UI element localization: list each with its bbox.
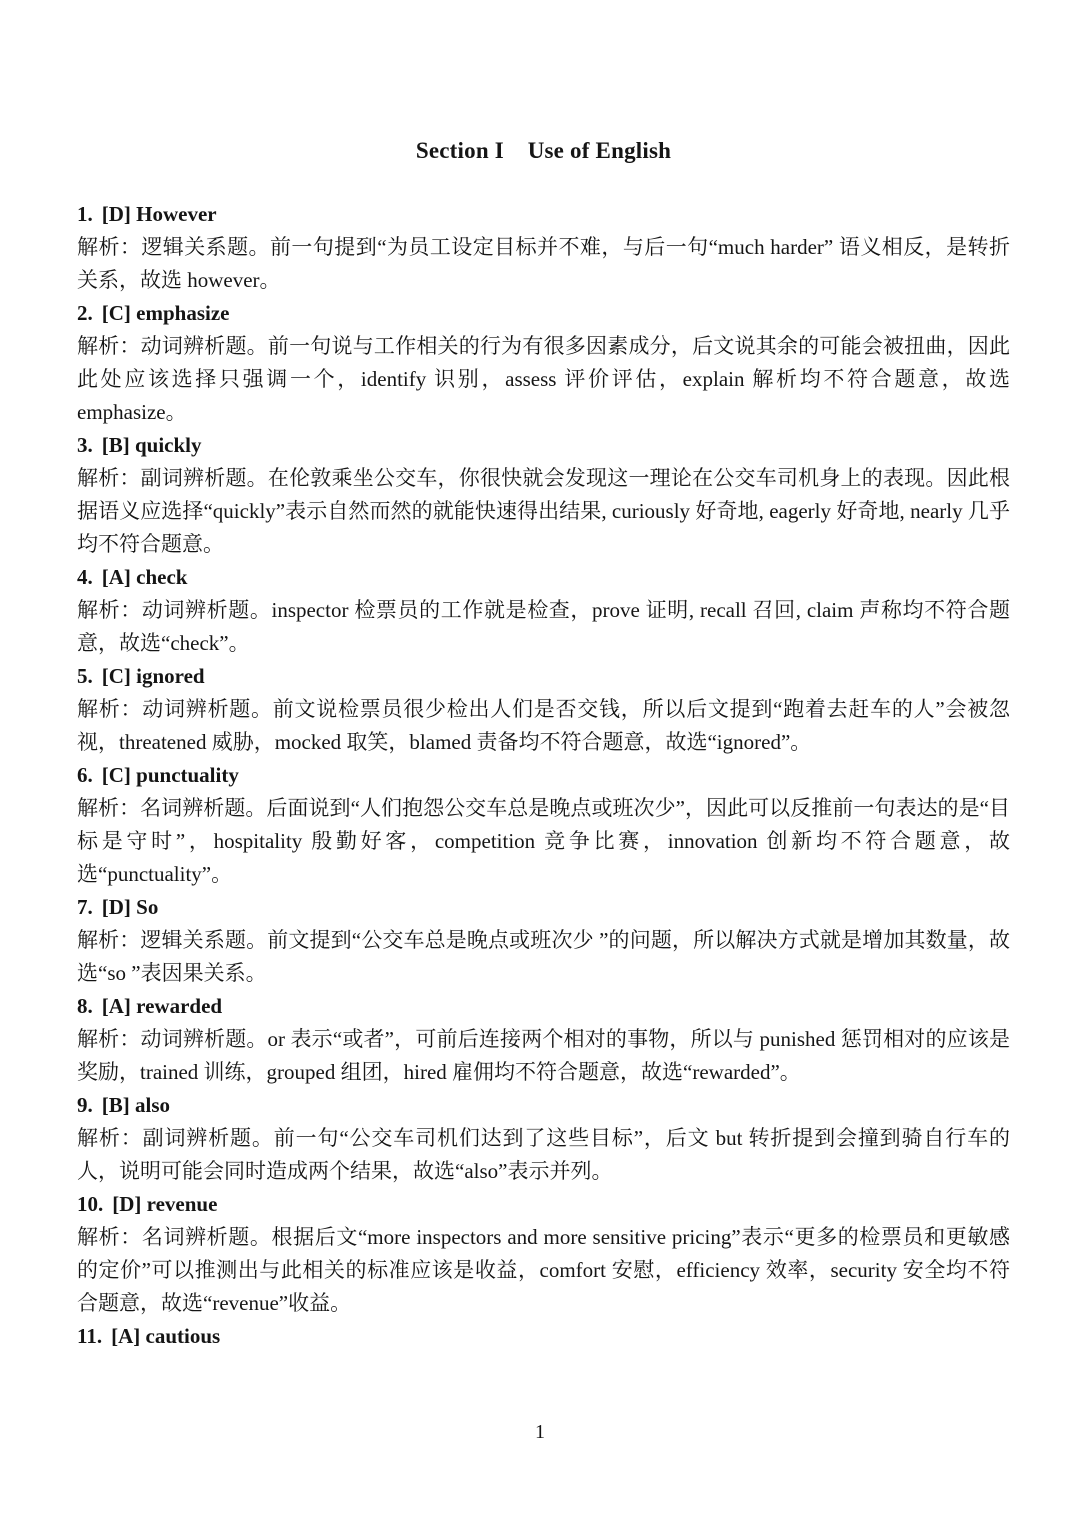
answer-heading: 7.[D] So <box>77 891 1010 924</box>
answer-heading: 8.[A] rewarded <box>77 990 1010 1023</box>
answer-heading: 9.[B] also <box>77 1089 1010 1122</box>
answer-list: 1.[D] However 解析：逻辑关系题。前一句提到“为员工设定目标并不难，… <box>77 198 1010 1353</box>
answer-number: 7. <box>77 895 93 919</box>
answer-number: 9. <box>77 1093 93 1117</box>
answer-label: [D] revenue <box>112 1192 217 1216</box>
page-number: 1 <box>0 1419 1080 1445</box>
answer-item: 9.[B] also 解析：副词辨析题。前一句“公交车司机们达到了这些目标”，后… <box>77 1089 1010 1188</box>
answer-item: 11.[A] cautious <box>77 1320 1010 1353</box>
answer-label: [A] check <box>102 565 188 589</box>
answer-label: [A] rewarded <box>102 994 222 1018</box>
answer-label: [A] cautious <box>111 1324 220 1348</box>
answer-explanation: 解析：逻辑关系题。前文提到“公交车总是晚点或班次少 ”的问题，所以解决方式就是增… <box>77 924 1010 990</box>
answer-item: 4.[A] check 解析：动词辨析题。inspector 检票员的工作就是检… <box>77 561 1010 660</box>
answer-item: 7.[D] So 解析：逻辑关系题。前文提到“公交车总是晚点或班次少 ”的问题，… <box>77 891 1010 990</box>
answer-number: 5. <box>77 664 93 688</box>
answer-explanation: 解析：动词辨析题。inspector 检票员的工作就是检查，prove 证明, … <box>77 594 1010 660</box>
answer-label: [C] emphasize <box>102 301 230 325</box>
answer-explanation: 解析：名词辨析题。后面说到“人们抱怨公交车总是晚点或班次少”，因此可以反推前一句… <box>77 792 1010 891</box>
answer-item: 5.[C] ignored 解析：动词辨析题。前文说检票员很少检出人们是否交钱，… <box>77 660 1010 759</box>
answer-label: [C] punctuality <box>102 763 239 787</box>
answer-label: [C] ignored <box>102 664 205 688</box>
answer-explanation: 解析：逻辑关系题。前一句提到“为员工设定目标并不难，与后一句“much hard… <box>77 231 1010 297</box>
answer-heading: 2.[C] emphasize <box>77 297 1010 330</box>
answer-item: 1.[D] However 解析：逻辑关系题。前一句提到“为员工设定目标并不难，… <box>77 198 1010 297</box>
answer-explanation: 解析：动词辨析题。前文说检票员很少检出人们是否交钱，所以后文提到“跑着去赶车的人… <box>77 693 1010 759</box>
answer-label: [B] also <box>102 1093 170 1117</box>
answer-number: 1. <box>77 202 93 226</box>
answer-label: [D] So <box>102 895 159 919</box>
answer-item: 6.[C] punctuality 解析：名词辨析题。后面说到“人们抱怨公交车总… <box>77 759 1010 891</box>
answer-item: 8.[A] rewarded 解析：动词辨析题。or 表示“或者”，可前后连接两… <box>77 990 1010 1089</box>
answer-heading: 11.[A] cautious <box>77 1320 1010 1353</box>
answer-item: 10.[D] revenue 解析：名词辨析题。根据后文“more inspec… <box>77 1188 1010 1320</box>
answer-number: 4. <box>77 565 93 589</box>
answer-heading: 6.[C] punctuality <box>77 759 1010 792</box>
answer-label: [B] quickly <box>102 433 202 457</box>
answer-heading: 4.[A] check <box>77 561 1010 594</box>
answer-number: 8. <box>77 994 93 1018</box>
answer-item: 3.[B] quickly 解析：副词辨析题。在伦敦乘坐公交车，你很快就会发现这… <box>77 429 1010 561</box>
answer-explanation: 解析：动词辨析题。or 表示“或者”，可前后连接两个相对的事物，所以与 puni… <box>77 1023 1010 1089</box>
answer-explanation: 解析：名词辨析题。根据后文“more inspectors and more s… <box>77 1221 1010 1320</box>
answer-heading: 5.[C] ignored <box>77 660 1010 693</box>
section-title: Section I Use of English <box>77 134 1010 168</box>
document-page: Section I Use of English 1.[D] However 解… <box>0 0 1080 1525</box>
answer-explanation: 解析：副词辨析题。前一句“公交车司机们达到了这些目标”，后文 but 转折提到会… <box>77 1122 1010 1188</box>
answer-number: 3. <box>77 433 93 457</box>
answer-item: 2.[C] emphasize 解析：动词辨析题。前一句说与工作相关的行为有很多… <box>77 297 1010 429</box>
answer-label: [D] However <box>102 202 217 226</box>
answer-number: 6. <box>77 763 93 787</box>
answer-heading: 3.[B] quickly <box>77 429 1010 462</box>
answer-number: 11. <box>77 1324 102 1348</box>
answer-number: 2. <box>77 301 93 325</box>
answer-heading: 10.[D] revenue <box>77 1188 1010 1221</box>
answer-explanation: 解析：动词辨析题。前一句说与工作相关的行为有很多因素成分，后文说其余的可能会被扭… <box>77 330 1010 429</box>
answer-heading: 1.[D] However <box>77 198 1010 231</box>
answer-explanation: 解析：副词辨析题。在伦敦乘坐公交车，你很快就会发现这一理论在公交车司机身上的表现… <box>77 462 1010 561</box>
answer-number: 10. <box>77 1192 103 1216</box>
